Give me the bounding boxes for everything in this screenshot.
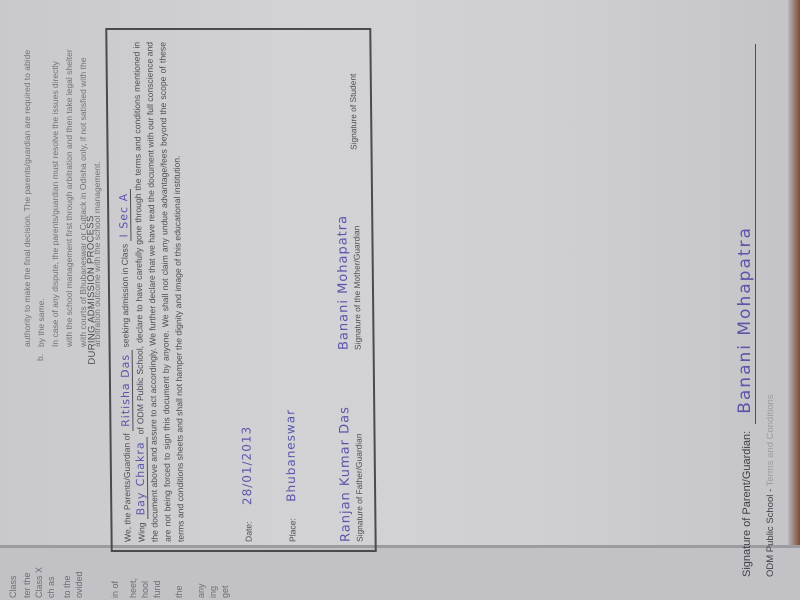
father-signature: Ranjan Kumar Das Signature of Father/Gua… [337, 406, 364, 542]
footer-title: Terms and Conditions [765, 394, 776, 486]
date-row: Date: 28/01/2013 [239, 426, 254, 542]
parent-signature-value: Banani Mohapatra [735, 226, 755, 414]
father-signature-value: Ranjan Kumar Das [337, 406, 353, 542]
parent-signature-row: Signature of Parent/Guardian: Banani Moh… [735, 44, 756, 577]
date-value: 28/01/2013 [239, 426, 254, 505]
item-marker: b. [33, 354, 47, 361]
student-signature: Signature of Student [348, 74, 359, 150]
wing-label: Wing [136, 522, 146, 542]
student-name-field: Ritisha Das [119, 350, 134, 431]
page-footer: ODM Public School - Terms and Conditions [765, 394, 776, 577]
declaration-prefix: We, the Parents/Guardian of [122, 433, 133, 542]
mother-signature: Banani Mohapatra Signature of the Mother… [335, 215, 362, 350]
class-field: I Sec A [117, 189, 132, 242]
declaration-box: DURING ADMISSION PROCESS We, the Parents… [105, 28, 376, 552]
terms-line: authority to make the final decision. Th… [20, 47, 48, 347]
footer-school: ODM Public School - [765, 489, 776, 577]
father-signature-label: Signature of Father/Guardian [354, 434, 365, 542]
mother-signature-value: Banani Mohapatra [335, 215, 351, 350]
declaration-text: We, the Parents/Guardian of Ritisha Das … [115, 42, 187, 542]
mother-signature-label: Signature of the Mother/Guardian [351, 226, 362, 350]
place-value: Bhubaneswar [283, 409, 298, 502]
parent-signature-label: Signature of Parent/Guardian: [741, 431, 753, 577]
student-signature-label: Signature of Student [348, 74, 359, 150]
wing-field: Bay Chakra [134, 437, 149, 519]
place-row: Place: Bhubaneswar [283, 409, 298, 542]
date-label: Date: [243, 521, 253, 542]
admission-form-page: authority to make the final decision. Th… [0, 32, 790, 592]
declaration-seeking: seeking admission in Class [120, 244, 131, 348]
place-label: Place: [287, 518, 297, 542]
